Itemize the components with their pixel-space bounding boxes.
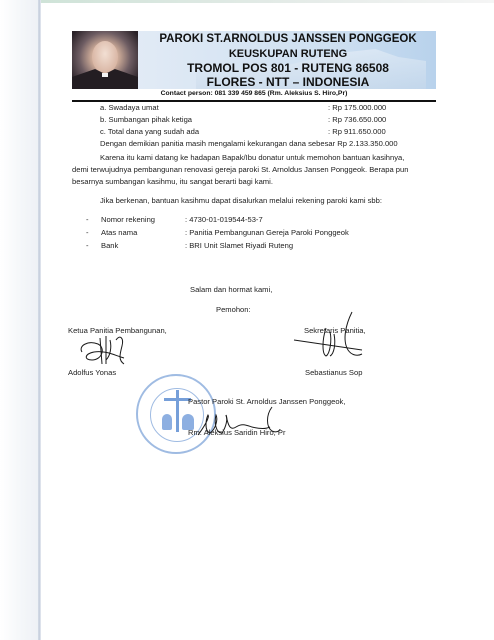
closing-greeting: Salam dan hormat kami, (190, 285, 272, 294)
cross-icon (176, 390, 179, 432)
chair-signature (76, 330, 146, 370)
region: FLORES - NTT – INDONESIA (140, 75, 436, 89)
account-label: Nomor rekening (101, 215, 155, 224)
account-holder: : Panitia Pembangunan Gereja Paroki Pong… (185, 228, 349, 237)
postal-address: TROMOL POS 801 - RUTENG 86508 (140, 61, 436, 75)
paragraph-line: Karena itu kami datang ke hadapan Bapak/… (100, 153, 404, 162)
bullet: - (86, 215, 89, 224)
fund-value: : Rp 911.650.000 (328, 127, 386, 136)
account-label: Atas nama (101, 228, 137, 237)
bullet: - (86, 228, 89, 237)
fund-label: b. Sumbangan pihak ketiga (100, 115, 192, 124)
paragraph-line: besarnya sumbangan kasihmu, itu sangat b… (72, 177, 273, 186)
fund-value: : Rp 736.650.000 (328, 115, 386, 124)
chair-name: Adolfus Yonas (68, 368, 116, 377)
diocese-name: KEUSKUPAN RUTENG (140, 48, 436, 60)
figure-icon (162, 414, 172, 430)
letter-page (41, 3, 494, 640)
paragraph-line: demi terwujudnya pembangunan renovasi ge… (72, 165, 408, 174)
contact-person: Contact person: 081 339 459 865 (Rm. Ale… (72, 90, 436, 97)
portrait-photo (72, 31, 138, 89)
fund-label: a. Swadaya umat (100, 103, 159, 112)
pemohon-label: Pemohon: (216, 305, 251, 314)
account-label: Bank (101, 241, 118, 250)
pastor-name: Rm. Aleksius Saridin Hiro, Pr (188, 428, 285, 437)
bank-name: : BRI Unit Slamet Riyadi Ruteng (185, 241, 293, 250)
bullet: - (86, 241, 89, 250)
account-number: : 4730-01-019544-53-7 (185, 215, 263, 224)
scan-gutter (0, 0, 38, 640)
shortfall-statement: Dengan demikian panitia masih mengalami … (100, 139, 398, 148)
secretary-signature (292, 310, 382, 370)
parish-name: PAROKI ST.ARNOLDUS JANSSEN PONGGEOK (140, 33, 436, 45)
account-intro: Jika berkenan, bantuan kasihmu dapat dis… (100, 196, 382, 205)
fund-label: c. Total dana yang sudah ada (100, 127, 199, 136)
secretary-name: Sebastianus Sop (305, 368, 362, 377)
header-divider (72, 100, 436, 102)
fund-value: : Rp 175.000.000 (328, 103, 386, 112)
